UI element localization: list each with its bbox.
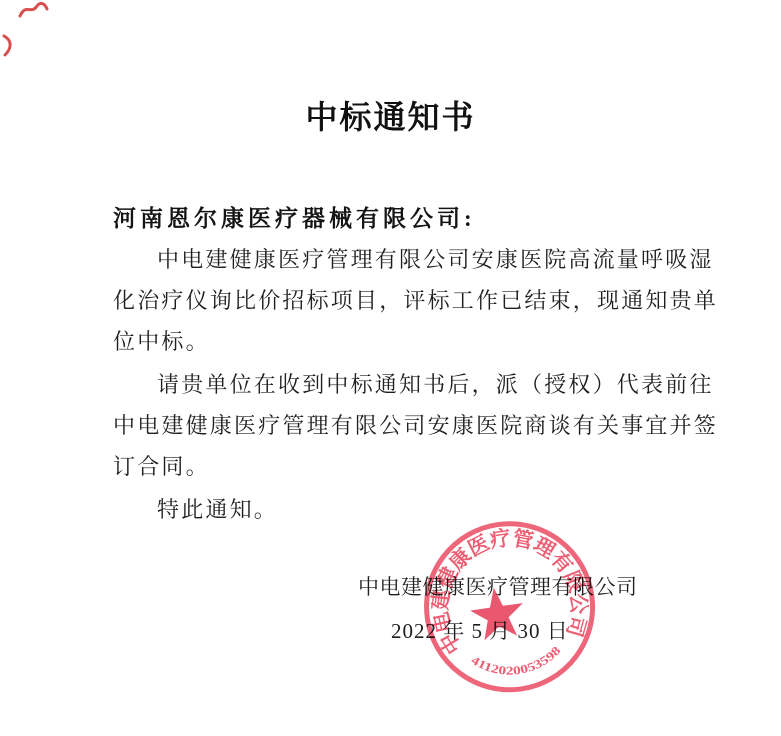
red-ink-mark-top xyxy=(18,1,50,21)
body-line: 化治疗仪询比价招标项目，评标工作已结束，现通知贵单 xyxy=(113,280,671,321)
body-paragraph-1: 中电建健康医疗管理有限公司安康医院高流量呼吸湿 化治疗仪询比价招标项目，评标工作… xyxy=(113,239,671,362)
body-line: 订合同。 xyxy=(113,446,671,487)
body-paragraph-2: 请贵单位在收到中标通知书后，派（授权）代表前往 中电建健康医疗管理有限公司安康医… xyxy=(113,364,671,487)
body-line: 中电建健康医疗管理有限公司安康医院商谈有关事宜并签 xyxy=(113,405,671,446)
body-line: 位中标。 xyxy=(113,321,671,362)
body-line: 请贵单位在收到中标通知书后，派（授权）代表前往 xyxy=(113,364,671,405)
red-ink-mark-left xyxy=(0,34,18,58)
star-icon xyxy=(467,584,527,642)
recipient-line: 河南恩尔康医疗器械有限公司: xyxy=(113,200,713,233)
company-seal: 中电建健康医疗管理有限公司 4112020053598 xyxy=(383,481,633,736)
notice-title: 中标通知书 xyxy=(0,92,781,138)
body-line: 中电建健康医疗管理有限公司安康医院高流量呼吸湿 xyxy=(113,239,671,280)
seal-company-arc-text: 中电建健康医疗管理有限公司 xyxy=(418,516,597,661)
notice-document-page: 中标通知书 河南恩尔康医疗器械有限公司: 中电建健康医疗管理有限公司安康医院高流… xyxy=(0,0,781,736)
